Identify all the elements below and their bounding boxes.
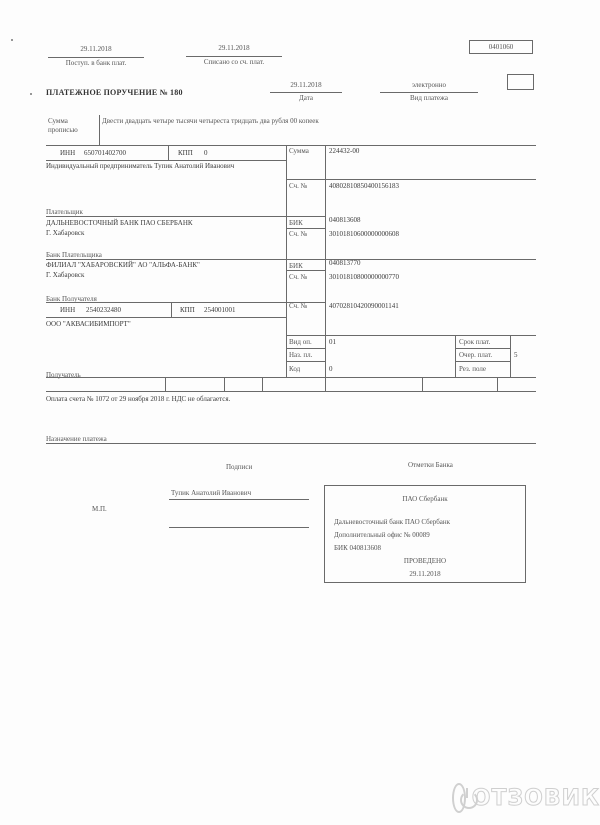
payer-status-box [507,74,534,90]
deadline-label: Срок плат. [459,339,490,346]
payer-name: Индивидуальный предприниматель Тупик Ана… [46,163,234,170]
grid-vline [455,335,456,377]
form-code-box: 0401060 [469,40,533,54]
payee-bank-bik-label: БИК [289,263,303,270]
payer-account: 40802810850400156183 [329,183,399,190]
grid-line [286,216,325,217]
debited-date-line [186,56,282,57]
grid-line [46,160,286,161]
grid-line [286,270,325,271]
payer-inn-label: ИНН [60,150,75,157]
grid-line [286,335,536,336]
payee-account-label: Сч. № [289,303,307,310]
payer-bank-name: ДАЛЬНЕВОСТОЧНЫЙ БАНК ПАО СБЕРБАНК [46,220,193,227]
grid-line [455,348,510,349]
payer-bank-label: Банк Плательщика [46,252,102,259]
payer-bank-bik-label: БИК [289,220,303,227]
scan-dot [30,93,32,95]
signature-line-1 [169,499,309,500]
bank-stamp-box: ПАО Сбербанк Дальневосточный банк ПАО Сб… [324,485,526,583]
sum-value: 224432-00 [329,148,359,155]
payer-bank-city: Г. Хабаровск [46,230,84,237]
stamp-bik: БИК 040813608 [334,545,381,552]
date-label: Дата [270,95,342,102]
stamp-branch: Дальневосточный банк ПАО Сбербанк [334,519,450,526]
priority-value: 5 [514,352,518,359]
amount-words-divider [99,115,100,146]
grid-line [286,348,325,349]
received-date-line [48,57,144,58]
payer-inn: 650701402700 [84,150,126,157]
payee-account: 40702810420090001141 [329,303,399,310]
sum-label: Сумма [289,148,309,155]
grid-vline [168,145,169,160]
payee-kpp: 254001001 [204,307,236,314]
grid-line [46,377,536,378]
purpose-label: Назначение платежа [46,436,107,443]
payer-kpp-label: КПП [178,150,193,157]
grid-line [46,302,325,303]
payee-bank-account-label: Сч. № [289,274,307,281]
grid-line [46,391,536,392]
received-date: 29.11.2018 [48,46,144,53]
purpose-text: Оплата счета № 1072 от 29 ноября 2018 г.… [46,396,230,403]
payer-label: Плательщик [46,209,83,216]
stamp-status: ПРОВЕДЕНО [325,558,525,565]
grid-line [286,228,325,229]
payer-bank-account: 30101810600000000608 [329,231,399,238]
signer-name: Тупик Анатолий Иванович [171,490,251,497]
payee-inn-label: ИНН [60,307,75,314]
watermark-text: ОТЗОВИК [472,786,600,811]
payment-type: электронно [380,82,478,89]
grid-vline [325,377,326,391]
payment-type-line [380,92,478,93]
grid-vline [510,335,511,377]
grid-line [455,361,510,362]
payer-account-label: Сч. № [289,183,307,190]
op-type-label: Вид оп. [289,339,312,346]
stamp-bank: ПАО Сбербанк [325,496,525,503]
grid-vline [422,377,423,391]
debited-date: 29.11.2018 [186,45,282,52]
payee-kpp-label: КПП [180,307,195,314]
payment-type-label: Вид платежа [380,95,478,102]
scan-dot [11,39,13,41]
grid-vline [262,377,263,391]
code-label: Код [289,366,300,373]
grid-vline [165,377,166,391]
received-label: Поступ. в банк плат. [48,60,144,67]
grid-line [46,317,286,318]
signature-line-2 [169,527,309,528]
grid-vline [171,302,172,317]
stamp-office: Дополнительный офис № 00089 [334,532,430,539]
amount-words-label-2: прописью [48,127,78,134]
grid-line [46,443,536,444]
grid-line [286,361,325,362]
stamp-label: М.П. [92,506,107,513]
form-code: 0401060 [489,43,514,51]
payee-bank-name: ФИЛИАЛ "ХАБАРОВСКИЙ" АО "АЛЬФА-БАНК" [46,262,200,269]
grid-vline [497,377,498,391]
payee-bank-bik: 040813770 [329,260,361,267]
grid-line [286,179,536,180]
code-value: 0 [329,366,333,373]
grid-vline [224,377,225,391]
power-button-icon [452,783,466,813]
debited-label: Списано со сч. плат. [186,59,282,66]
signatures-label: Подписи [226,464,252,471]
payee-inn: 2540232480 [86,307,121,314]
payer-bank-bik: 040813608 [329,217,361,224]
reserve-label: Рез. поле [459,366,486,373]
watermark-logo: ОТЗОВИК [452,778,600,818]
grid-line [46,216,286,217]
grid-line [46,145,536,146]
payee-bank-account: 30101810800000000770 [329,274,399,281]
purpose-code-label: Наз. пл. [289,352,312,359]
payer-kpp: 0 [204,150,208,157]
document-date: 29.11.2018 [270,82,342,89]
op-type: 01 [329,339,336,346]
document-title: ПЛАТЕЖНОЕ ПОРУЧЕНИЕ № 180 [46,88,183,97]
bank-marks-label: Отметки Банка [408,462,453,469]
amount-words-label-1: Сумма [48,118,68,125]
stamp-date: 29.11.2018 [325,571,525,578]
grid-line [46,259,536,260]
amount-words-value: Двести двадцать четыре тысячи четыреста … [102,118,319,125]
payee-name: ООО "АКВАСИБИМПОРТ" [46,321,131,328]
date-line [270,92,342,93]
payee-bank-city: Г. Хабаровск [46,272,84,279]
payer-bank-account-label: Сч. № [289,231,307,238]
priority-label: Очер. плат. [459,352,492,359]
